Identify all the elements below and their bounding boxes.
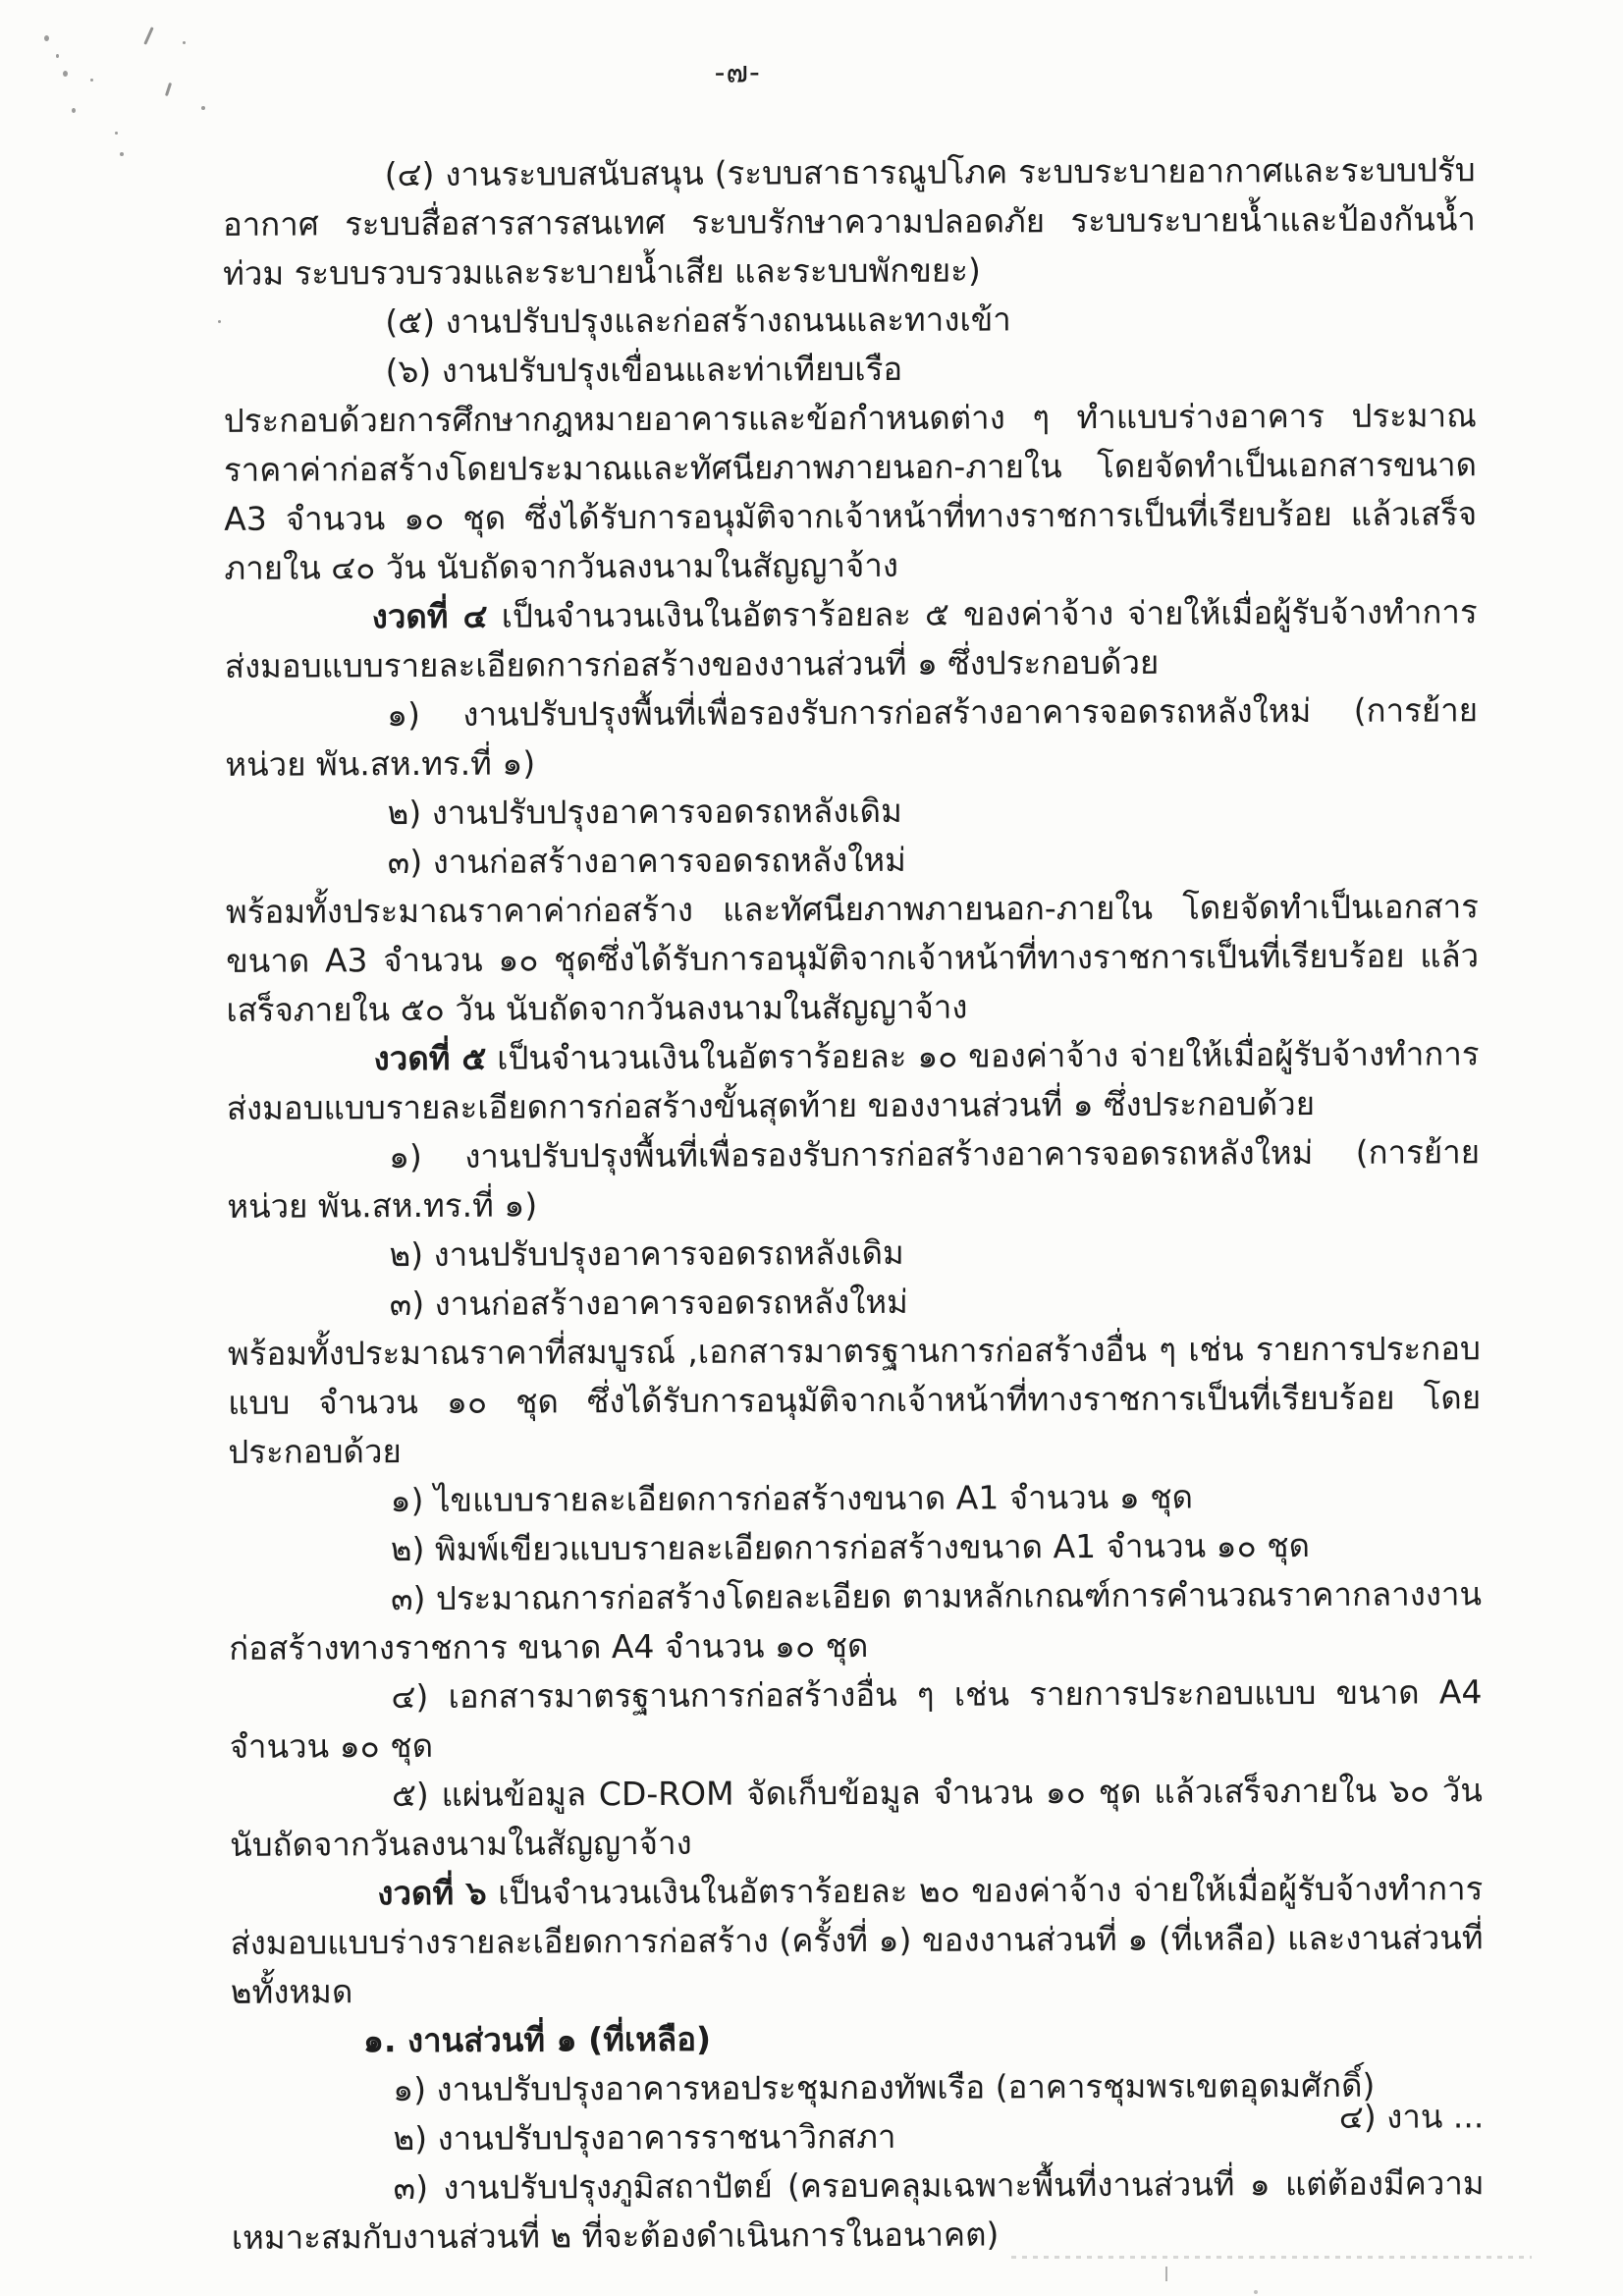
list-item: ๒) พิมพ์เขียวแบบรายละเอียดการก่อสร้างขนา… <box>229 1520 1482 1575</box>
milestone-label: งวดที่ ๕ <box>374 1039 487 1078</box>
list-item: (๖) งานปรับปรุงเขื่อนและท่าเทียบเรือ <box>223 342 1476 397</box>
section-heading: ๑. งานส่วนที่ ๑ (ที่เหลือ) <box>231 2011 1484 2066</box>
list-item: ๓) งานปรับปรุงภูมิสถาปัตย์ (ครอบคลุมเฉพา… <box>232 2159 1485 2263</box>
scanned-document-page: -๗- (๔) งานระบบสนับสนุน (ระบบสาธารณูปโภค… <box>0 0 1623 2296</box>
list-item: ๑) งานปรับปรุงพื้นที่เพื่อรองรับการก่อสร… <box>227 1127 1480 1231</box>
continuation-marker: ๔) งาน ... <box>231 2092 1484 2147</box>
list-item: ๕) แผ่นข้อมูล CD-ROM จัดเก็บข้อมูล จำนวน… <box>230 1766 1483 1870</box>
list-item: ๓) ประมาณการก่อสร้างโดยละเอียด ตามหลักเก… <box>229 1569 1482 1673</box>
list-item: ๒) งานปรับปรุงอาคารจอดรถหลังเดิม <box>227 1226 1480 1281</box>
milestone-label: งวดที่ ๔ <box>372 597 488 636</box>
milestone-label: งวดที่ ๖ <box>377 1874 486 1912</box>
list-item: ๒) งานปรับปรุงอาคารจอดรถหลังเดิม <box>225 784 1478 839</box>
scan-noise-dot <box>1254 2290 1258 2294</box>
list-item: (๔) งานระบบสนับสนุน (ระบบสาธารณูปโภค ระบ… <box>223 145 1477 299</box>
page-body: -๗- (๔) งานระบบสนับสนุน (ระบบสาธารณูปโภค… <box>0 0 1623 2296</box>
list-item: ๔) เอกสารมาตรฐานการก่อสร้างอื่น ๆ เช่น ร… <box>229 1667 1482 1772</box>
document-body: (๔) งานระบบสนับสนุน (ระบบสาธารณูปโภค ระบ… <box>223 145 1485 2263</box>
list-item: ๑) งานปรับปรุงพื้นที่เพื่อรองรับการก่อสร… <box>225 685 1478 790</box>
milestone-paragraph: งวดที่ ๕ เป็นจำนวนเงินในอัตราร้อยละ ๑๐ ข… <box>227 1029 1480 1133</box>
list-item: ๓) งานก่อสร้างอาคารจอดรถหลังใหม่ <box>226 833 1479 888</box>
body-paragraph: พร้อมทั้งประมาณราคาค่าก่อสร้าง และทัศนีย… <box>226 882 1480 1035</box>
list-item: (๕) งานปรับปรุงและก่อสร้างถนนและทางเข้า <box>223 293 1476 348</box>
scan-noise-line <box>1011 2256 1532 2259</box>
milestone-paragraph: งวดที่ ๔ เป็นจำนวนเงินในอัตราร้อยละ ๕ ขอ… <box>225 587 1478 691</box>
body-paragraph: พร้อมทั้งประมาณราคาที่สมบูรณ์ ,เอกสารมาต… <box>228 1324 1482 1477</box>
list-item: ๓) งานก่อสร้างอาคารจอดรถหลังใหม่ <box>228 1275 1481 1330</box>
page-number: -๗- <box>0 47 1479 99</box>
scan-noise-tick <box>1165 2267 1167 2281</box>
body-paragraph: ประกอบด้วยการศึกษากฎหมายอาคารและข้อกำหนด… <box>224 391 1478 593</box>
milestone-paragraph: งวดที่ ๖ เป็นจำนวนเงินในอัตราร้อยละ ๒๐ ข… <box>230 1864 1484 2017</box>
list-item: ๑) ไขแบบรายละเอียดการก่อสร้างขนาด A1 จำน… <box>228 1471 1481 1526</box>
